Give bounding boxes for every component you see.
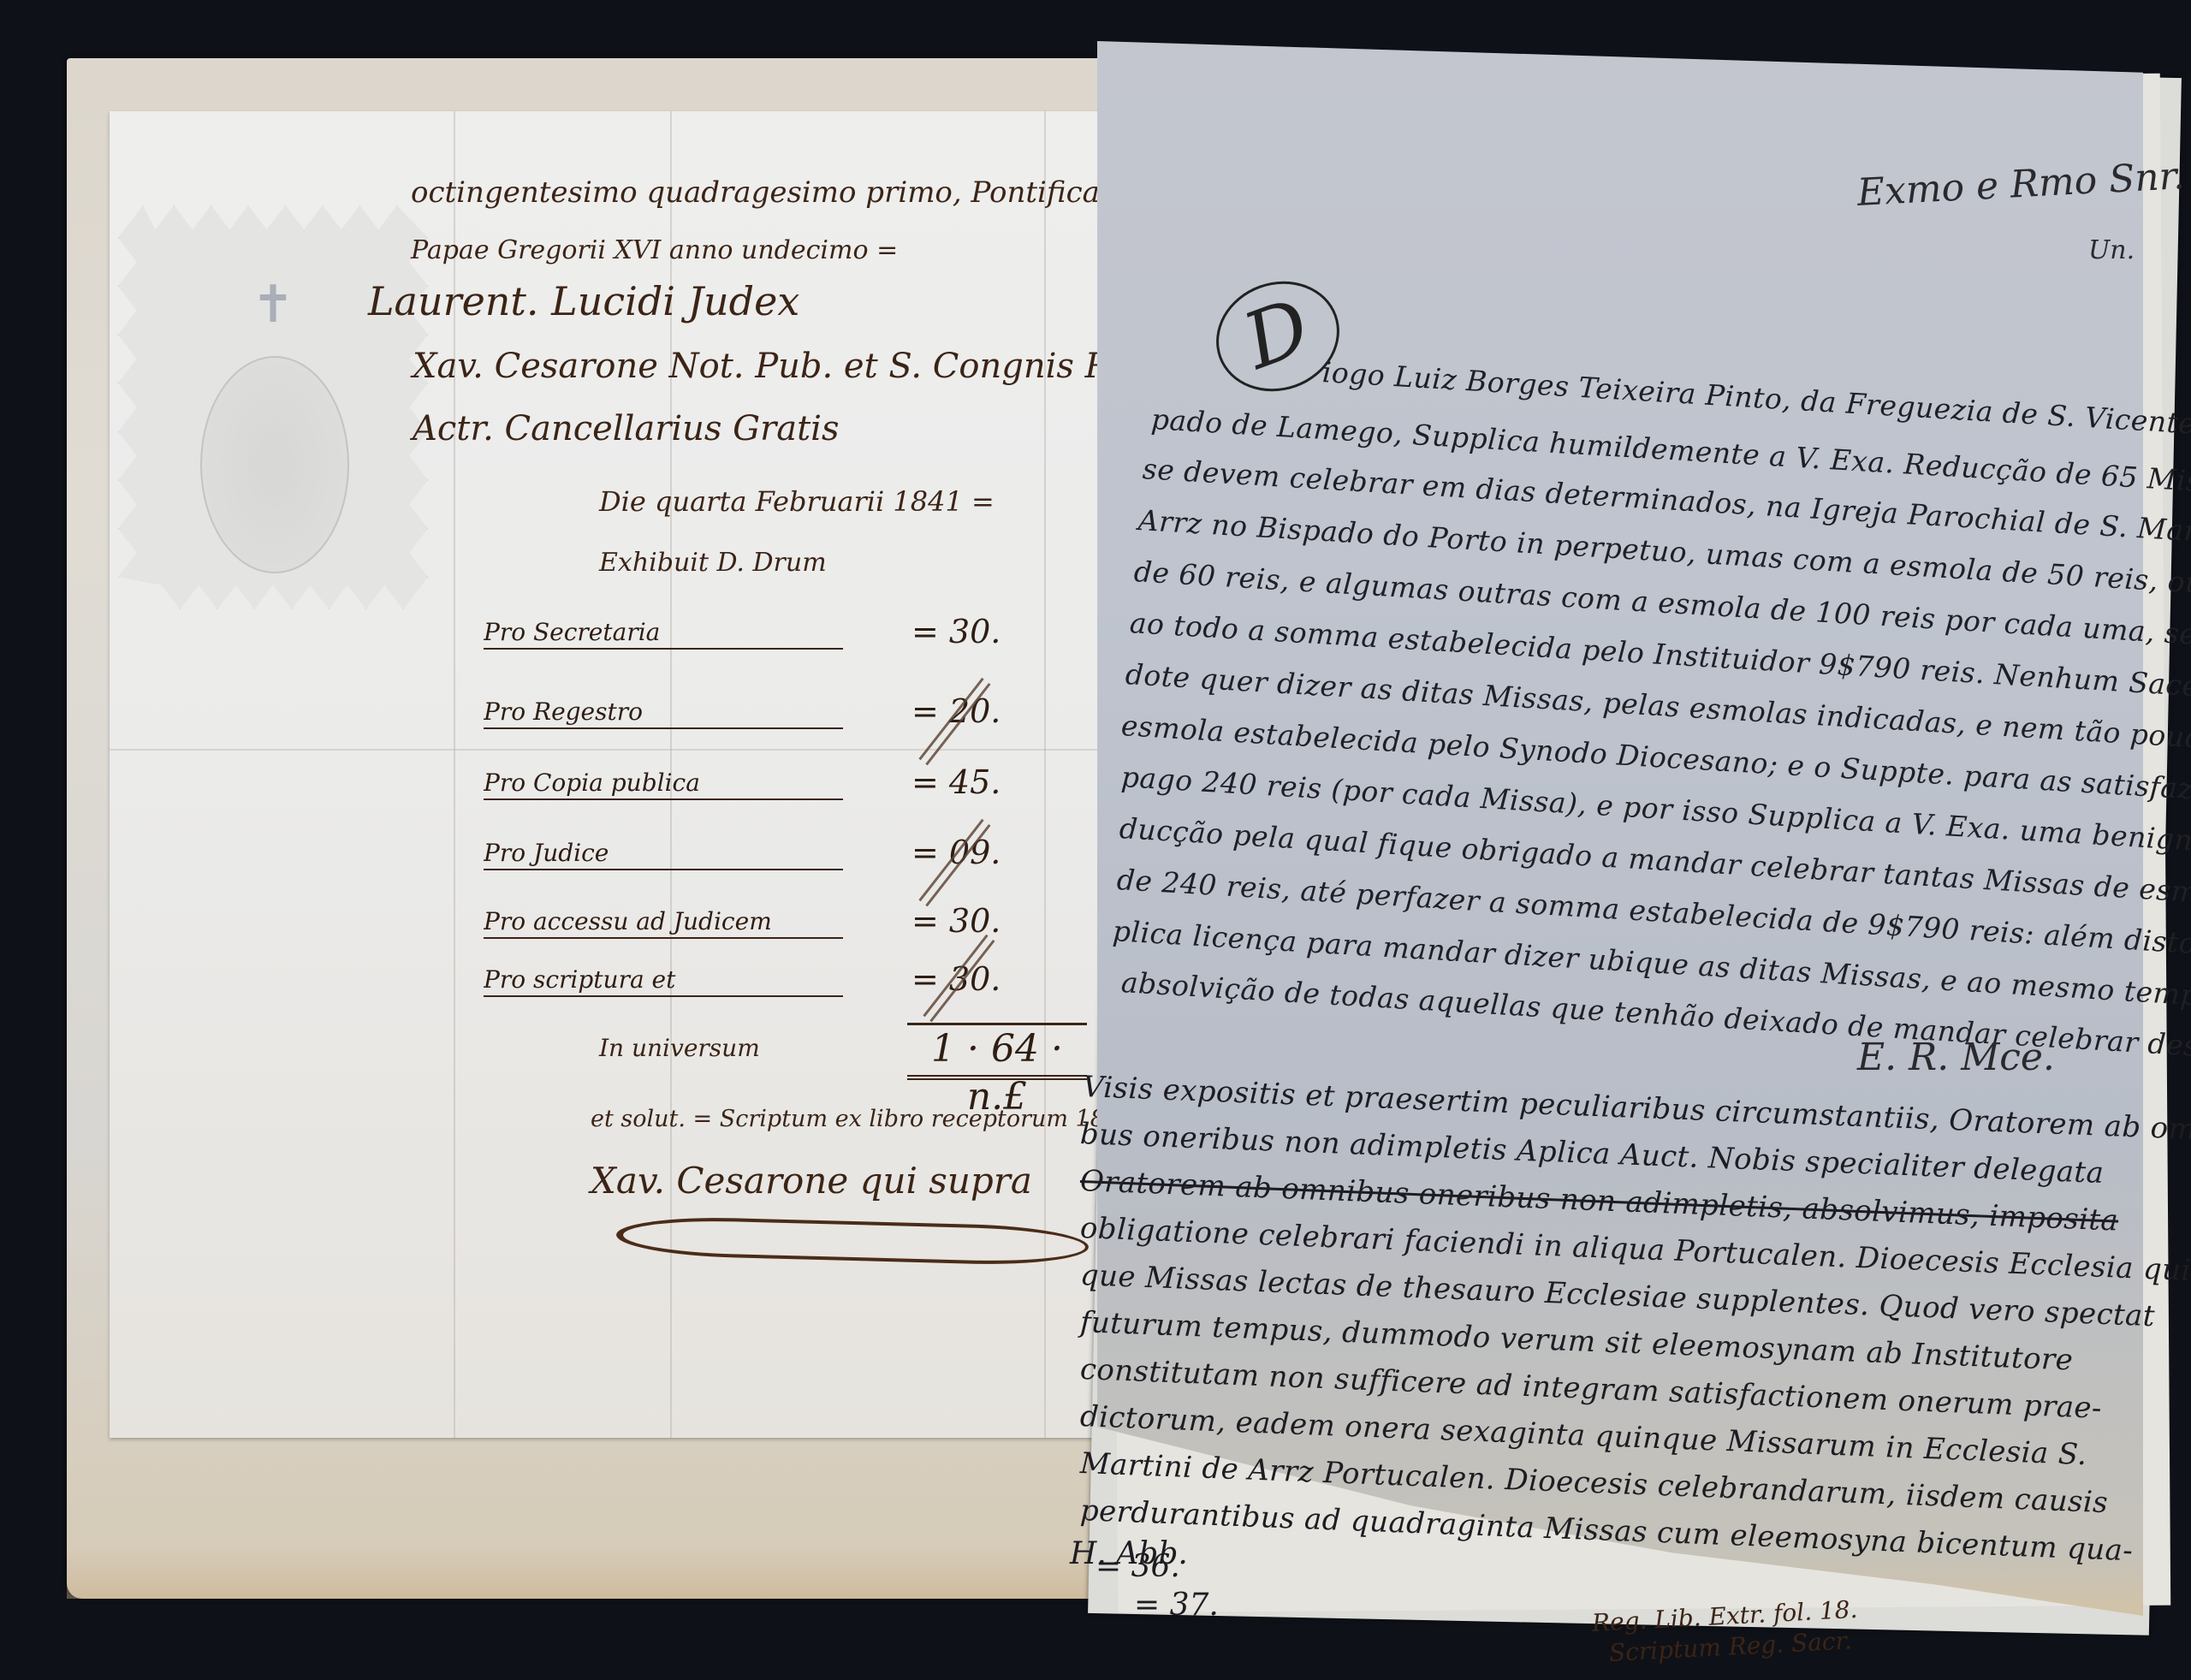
fee-label: Pro Copia publica xyxy=(484,769,843,800)
fee-value: = 30. xyxy=(911,902,1000,940)
cross-icon: ✝ xyxy=(247,258,299,352)
total-amount: 1 · 64 · n.£ xyxy=(907,1023,1087,1080)
fee-entry: Pro Regestro = 20. xyxy=(484,698,1083,740)
fee-entry: Pro Judice = 09. xyxy=(484,839,1083,882)
fee-value: = 45. xyxy=(911,763,1000,801)
judge-signature: Laurent. Lucidi Judex xyxy=(368,278,799,324)
fee-entry: Pro Copia publica = 45. xyxy=(484,769,1083,811)
total-label: In universum xyxy=(599,1034,760,1062)
fee-label: Pro Secretaria xyxy=(484,618,843,650)
margin-note: Un. xyxy=(2088,235,2135,265)
fee-value: = 30. xyxy=(911,960,1000,998)
fee-entry: Pro scriptura et = 30. xyxy=(484,965,1083,1008)
fee-label: Pro scriptura et xyxy=(484,965,843,997)
fee-label: Pro Judice xyxy=(484,839,843,870)
closing-formula: E. R. Mce. xyxy=(1857,1036,2055,1079)
fee-label: Pro Regestro xyxy=(484,698,843,729)
exhibuit-line: Exhibuit D. Drum xyxy=(599,548,827,578)
embossed-paper-seal: ✝ xyxy=(118,205,428,609)
notary-signature: Xav. Cesarone qui supra xyxy=(591,1160,1032,1202)
notary-line: Actr. Cancellarius Gratis xyxy=(413,409,839,448)
fee-entry: Pro Secretaria = 30. xyxy=(484,618,1083,661)
folio-number: = 36. xyxy=(1095,1549,1180,1584)
fee-value: = 30. xyxy=(911,613,1000,650)
header-line: Papae Gregorii XVI anno undecimo = xyxy=(411,235,898,265)
seal-impression xyxy=(200,356,349,573)
folio-number: = 37. xyxy=(1134,1588,1219,1623)
date-line: Die quarta Februarii 1841 = xyxy=(599,485,995,518)
fee-label: Pro accessu ad Judicem xyxy=(484,907,843,939)
